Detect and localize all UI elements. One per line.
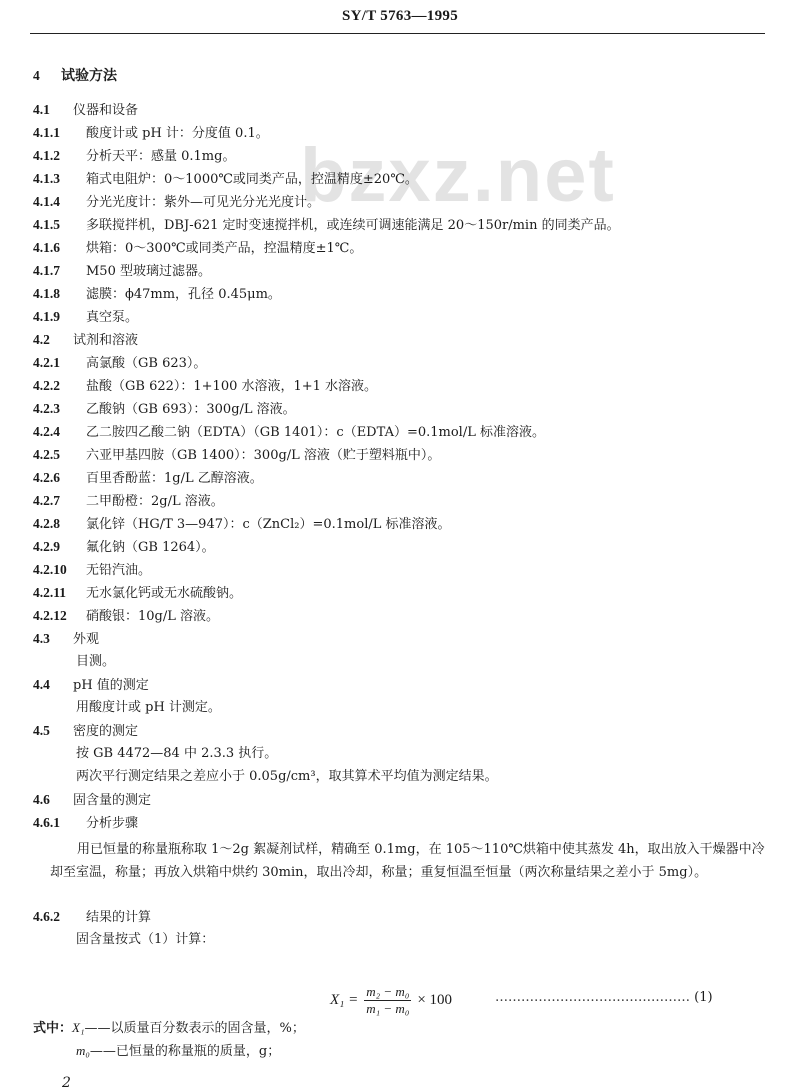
formula-denominator: m₁ − m₀ xyxy=(366,1001,409,1017)
clause-text: 盐酸（GB 622）：1+100 水溶液，1+1 水溶液。 xyxy=(86,379,377,394)
formula-numerator: m₂ − m₀ xyxy=(364,984,411,1001)
clause-number: 4.2.7 xyxy=(33,491,86,511)
clause-row: 4.2.11无水氯化钙或无水硫酸钠。 xyxy=(33,583,242,604)
clause-text: 分析天平：感量 0.1mg。 xyxy=(86,149,235,164)
clause-row: 4.1仪器和设备 xyxy=(33,100,138,121)
clause-row: 4.1.9真空泵。 xyxy=(33,307,138,328)
clause-row: 4.1.6烘箱：0～300℃或同类产品，控温精度±1℃。 xyxy=(33,238,362,259)
clause-text-row: 目测。 xyxy=(76,652,115,672)
dot-leader: ……………………………………… xyxy=(495,990,690,1005)
clause-row: 4.4pH 值的测定 xyxy=(33,675,149,696)
clause-text: 二甲酚橙：2g/L 溶液。 xyxy=(86,494,224,509)
page-number: 2 xyxy=(62,1075,71,1090)
clause-row: 4.3外观 xyxy=(33,629,99,650)
where-row-0: 式中：X₁——以质量百分数表示的固含量，%； xyxy=(33,1018,305,1039)
clause-text: 乙酸钠（GB 693）：300g/L 溶液。 xyxy=(86,402,296,417)
clause-row: 4.2.3乙酸钠（GB 693）：300g/L 溶液。 xyxy=(33,399,296,420)
clause-number: 4.2.10 xyxy=(33,560,86,580)
section-heading: 4试验方法 xyxy=(33,66,117,86)
clause-number: 4.5 xyxy=(33,721,73,741)
equation-number: (1) xyxy=(694,990,712,1005)
clause-row: 4.2.2盐酸（GB 622）：1+100 水溶液，1+1 水溶液。 xyxy=(33,376,377,397)
clause-row: 4.2.5六亚甲基四胺（GB 1400）：300g/L 溶液（贮于塑料瓶中）。 xyxy=(33,445,440,466)
clause-text: 硝酸银：10g/L 溶液。 xyxy=(86,609,219,624)
clause-text: 真空泵。 xyxy=(86,310,138,325)
clause-row: 4.1.2分析天平：感量 0.1mg。 xyxy=(33,146,235,167)
clause-text: 氯化锌（HG/T 3—947）：c（ZnCl₂）=0.1mol/L 标准溶液。 xyxy=(86,517,451,532)
clause-text: M50 型玻璃过滤器。 xyxy=(86,264,211,279)
clause-number: 4.2.2 xyxy=(33,376,86,396)
clause-number: 4.1.8 xyxy=(33,284,86,304)
clause-number: 4.2.11 xyxy=(33,583,86,603)
clause-text: 结果的计算 xyxy=(86,910,151,925)
clause-row: 4.2.8氯化锌（HG/T 3—947）：c（ZnCl₂）=0.1mol/L 标… xyxy=(33,514,451,535)
clause-text: 目测。 xyxy=(76,654,115,669)
clause-text: 烘箱：0～300℃或同类产品，控温精度±1℃。 xyxy=(86,241,362,256)
clause-row: 4.1.7M50 型玻璃过滤器。 xyxy=(33,261,211,282)
formula-lhs: X₁ = xyxy=(330,992,358,1009)
clause-number: 4.2.8 xyxy=(33,514,86,534)
clause-text: 仪器和设备 xyxy=(73,103,138,118)
clause-number: 4.2.5 xyxy=(33,445,86,465)
clause-text: 无水氯化钙或无水硫酸钠。 xyxy=(86,586,242,601)
clause-row: 4.1.8滤膜：ϕ47mm，孔径 0.45μm。 xyxy=(33,284,281,305)
clause-text: 两次平行测定结果之差应小于 0.05g/cm³，取其算术平均值为测定结果。 xyxy=(76,769,498,784)
formula-fraction: m₂ − m₀ m₁ − m₀ xyxy=(364,984,411,1017)
clause-text: 多联搅拌机，DBJ-621 定时变速搅拌机，或连续可调速能满足 20～150r/… xyxy=(86,218,620,233)
clause-number: 4.1.9 xyxy=(33,307,86,327)
clause-number: 4.2.12 xyxy=(33,606,86,626)
clause-text: 滤膜：ϕ47mm，孔径 0.45μm。 xyxy=(86,287,281,302)
clause-number: 4.1.3 xyxy=(33,169,86,189)
where-desc: ——以质量百分数表示的固含量，%； xyxy=(84,1021,304,1036)
clause-number: 4.1.1 xyxy=(33,123,86,143)
clause-row: 4.1.4分光光度计：紫外—可见光分光光度计。 xyxy=(33,192,320,213)
clause-text: 箱式电阻炉：0～1000℃或同类产品，控温精度±20℃。 xyxy=(86,172,418,187)
clause-number: 4.6 xyxy=(33,790,73,810)
where-label: 式中： xyxy=(33,1021,72,1036)
formula: X₁ = m₂ − m₀ m₁ − m₀ × 100 xyxy=(330,984,452,1017)
clause-number: 4.2.3 xyxy=(33,399,86,419)
clause-row: 4.1.3箱式电阻炉：0～1000℃或同类产品，控温精度±20℃。 xyxy=(33,169,418,190)
clause-text: 分光光度计：紫外—可见光分光光度计。 xyxy=(86,195,320,210)
clause-row: 4.2.4乙二胺四乙酸二钠（EDTA）（GB 1401）：c（EDTA）=0.1… xyxy=(33,422,545,443)
clause-row: 4.6.1分析步骤 xyxy=(33,813,138,834)
clause-text: 六亚甲基四胺（GB 1400）：300g/L 溶液（贮于塑料瓶中）。 xyxy=(86,448,440,463)
clause-text: 固含量按式（1）计算： xyxy=(76,932,214,947)
clause-text: 氟化钠（GB 1264）。 xyxy=(86,540,215,555)
header-rule xyxy=(30,33,765,34)
clause-number: 4.2.1 xyxy=(33,353,86,373)
where-desc: ——已恒量的称量瓶的质量，g； xyxy=(90,1044,280,1059)
clause-number: 4.6.2 xyxy=(33,907,86,927)
clause-row: 4.6.2结果的计算 xyxy=(33,907,151,928)
standard-code-header: SY/T 5763—1995 xyxy=(0,8,800,25)
equation-number-row: ……………………………………… (1) xyxy=(495,990,713,1005)
clause-text: 百里香酚蓝：1g/L 乙醇溶液。 xyxy=(86,471,263,486)
clause-number: 4.1 xyxy=(33,100,73,120)
clause-text: 密度的测定 xyxy=(73,724,138,739)
section-title: 试验方法 xyxy=(61,68,117,84)
where-symbol: X₁ xyxy=(72,1020,84,1035)
clause-number: 4.1.5 xyxy=(33,215,86,235)
clause-text: 无铅汽油。 xyxy=(86,563,151,578)
clause-number: 4.3 xyxy=(33,629,73,649)
clause-row: 4.1.5多联搅拌机，DBJ-621 定时变速搅拌机，或连续可调速能满足 20～… xyxy=(33,215,620,236)
clause-number: 4.1.2 xyxy=(33,146,86,166)
clause-row: 4.2.9氟化钠（GB 1264）。 xyxy=(33,537,215,558)
clause-text: pH 值的测定 xyxy=(73,678,149,693)
clause-row: 4.2.7二甲酚橙：2g/L 溶液。 xyxy=(33,491,224,512)
procedure-paragraph: 用已恒量的称量瓶称取 1～2g 絮凝剂试样，精确至 0.1mg，在 105～11… xyxy=(50,838,770,884)
clause-row: 4.5密度的测定 xyxy=(33,721,138,742)
clause-number: 4.6.1 xyxy=(33,813,86,833)
clause-number: 4.2.6 xyxy=(33,468,86,488)
clause-text: 外观 xyxy=(73,632,99,647)
section-number: 4 xyxy=(33,66,61,86)
clause-text-row: 两次平行测定结果之差应小于 0.05g/cm³，取其算术平均值为测定结果。 xyxy=(76,767,498,787)
clause-number: 4.1.4 xyxy=(33,192,86,212)
clause-text: 用酸度计或 pH 计测定。 xyxy=(76,700,221,715)
where-row-1: m₀——已恒量的称量瓶的质量，g； xyxy=(76,1041,280,1062)
clause-number: 4.2.4 xyxy=(33,422,86,442)
clause-text: 试剂和溶液 xyxy=(73,333,138,348)
formula-multiplier: × 100 xyxy=(417,992,452,1009)
clause-text: 高氯酸（GB 623）。 xyxy=(86,356,206,371)
clause-row: 4.2.6百里香酚蓝：1g/L 乙醇溶液。 xyxy=(33,468,263,489)
clause-row: 4.2试剂和溶液 xyxy=(33,330,138,351)
clause-text-row: 按 GB 4472—84 中 2.3.3 执行。 xyxy=(76,744,277,764)
clause-number: 4.1.6 xyxy=(33,238,86,258)
clause-text-row: 用酸度计或 pH 计测定。 xyxy=(76,698,221,718)
clause-text: 乙二胺四乙酸二钠（EDTA）（GB 1401）：c（EDTA）=0.1mol/L… xyxy=(86,425,545,440)
clause-text: 固含量的测定 xyxy=(73,793,151,808)
where-symbol: m₀ xyxy=(76,1043,90,1058)
clause-text: 按 GB 4472—84 中 2.3.3 执行。 xyxy=(76,746,277,761)
clause-number: 4.1.7 xyxy=(33,261,86,281)
clause-number: 4.2 xyxy=(33,330,73,350)
clause-row: 4.2.1高氯酸（GB 623）。 xyxy=(33,353,206,374)
clause-text: 酸度计或 pH 计：分度值 0.1。 xyxy=(86,126,269,141)
clause-row: 4.1.1酸度计或 pH 计：分度值 0.1。 xyxy=(33,123,269,144)
clause-row: 4.2.12硝酸银：10g/L 溶液。 xyxy=(33,606,219,627)
clause-number: 4.2.9 xyxy=(33,537,86,557)
clause-text: 分析步骤 xyxy=(86,816,138,831)
clause-row: 4.6固含量的测定 xyxy=(33,790,151,811)
clause-text-row: 固含量按式（1）计算： xyxy=(76,930,214,950)
clause-number: 4.4 xyxy=(33,675,73,695)
clause-row: 4.2.10无铅汽油。 xyxy=(33,560,151,581)
